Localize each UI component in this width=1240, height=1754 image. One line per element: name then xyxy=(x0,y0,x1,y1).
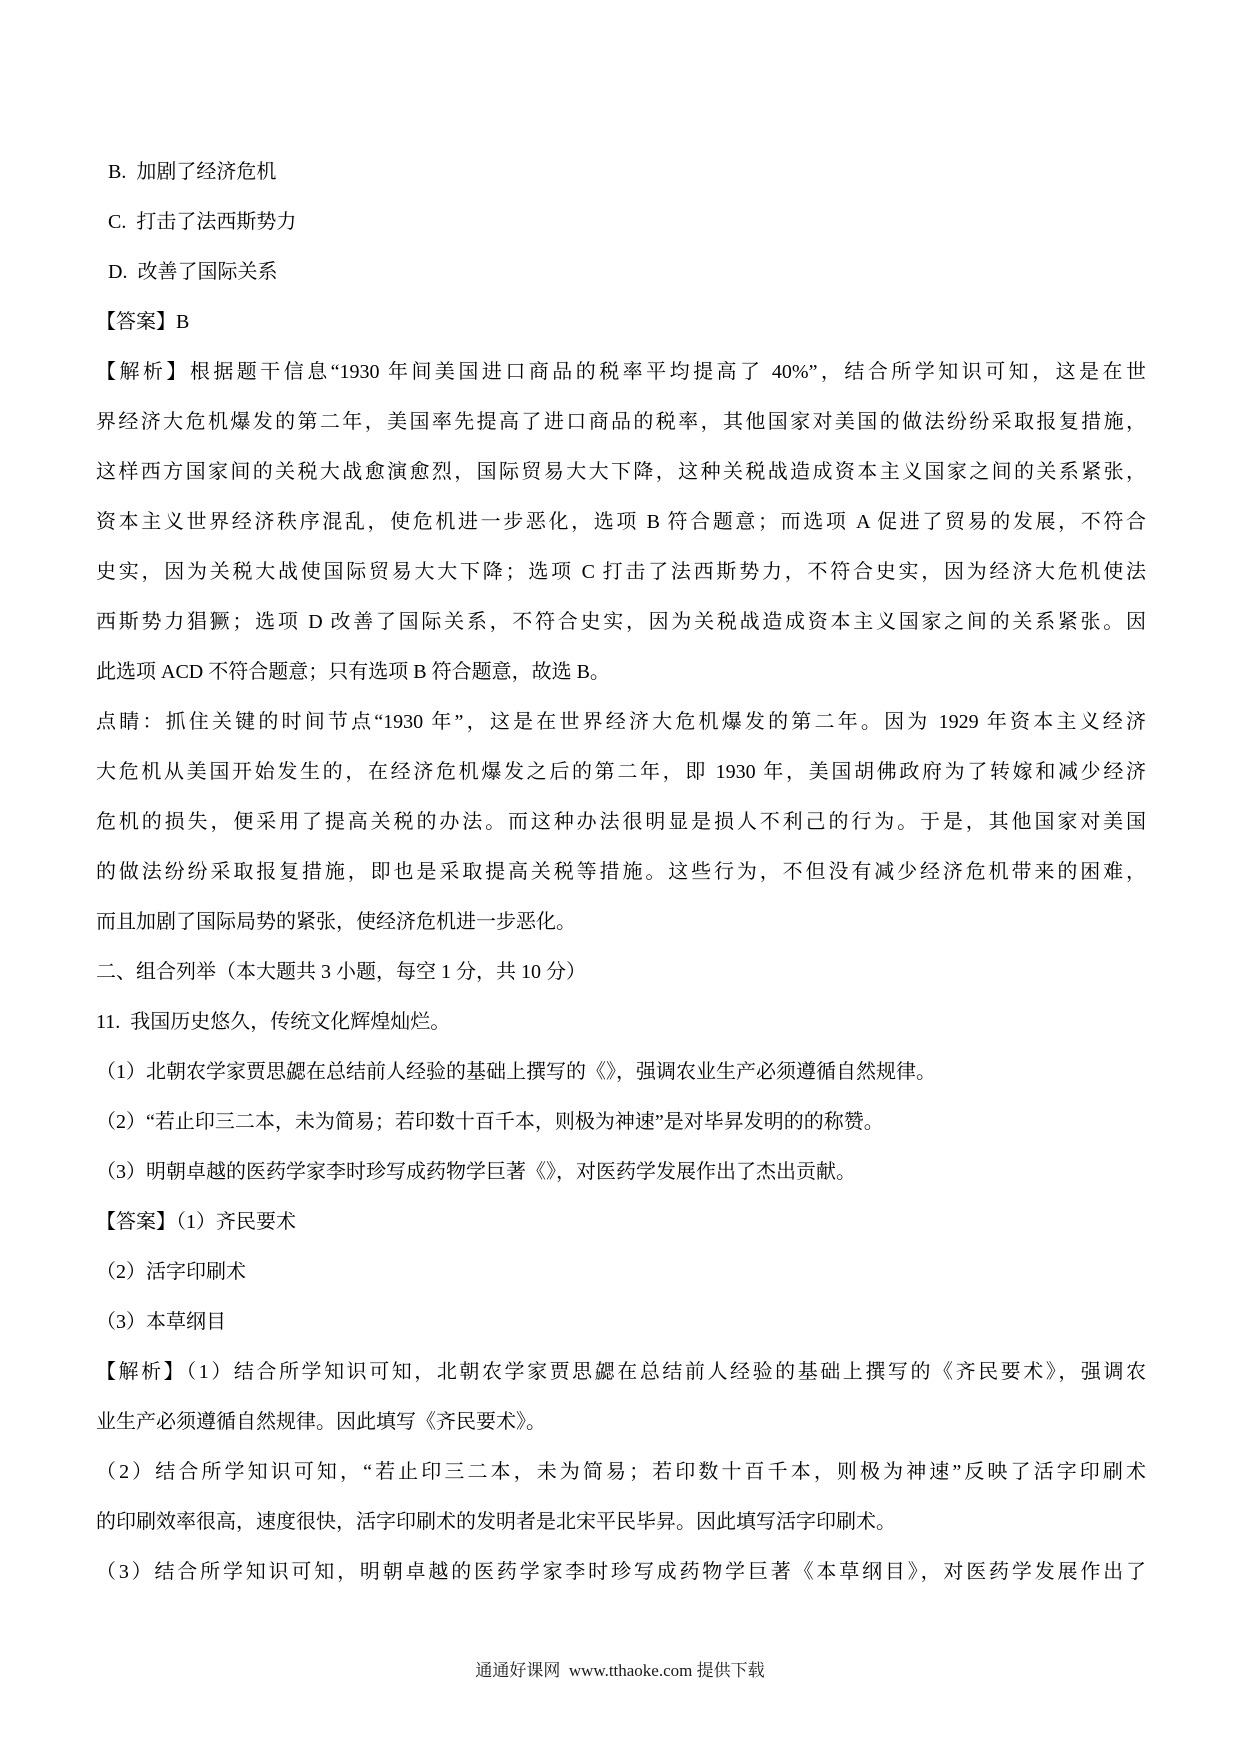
question-11-part-2: （2）“若止印三二本，未为简易；若印数十百千本，则极为神速”是对毕昇发明的的称赞… xyxy=(96,1097,1146,1147)
footer-site-credit: 通通好课网 www.tthaoke.com 提供下载 xyxy=(0,1656,1240,1686)
analysis-q11-part2-line: 的印刷效率很高，速度很快，活字印刷术的发明者是北宋平民毕昇。因此填写活字印刷术。 xyxy=(96,1497,1146,1547)
question-11-part-1: （1）北朝农学家贾思勰在总结前人经验的基础上撰写的《》，强调农业生产必须遵循自然… xyxy=(96,1047,1146,1097)
tip-line: 危机的损失，便采用了提高关税的办法。而这种办法很明显是损人不利己的行为。于是，其… xyxy=(96,797,1146,847)
answer-q10: 【答案】B xyxy=(96,297,1146,347)
section-2-heading: 二、组合列举（本大题共 3 小题，每空 1 分，共 10 分） xyxy=(96,947,1146,997)
tip-line: 而且加剧了国际局势的紧张，使经济危机进一步恶化。 xyxy=(96,897,1146,947)
tip-line: 的做法纷纷采取报复措施，即也是采取提高关税等措施。这些行为，不但没有减少经济危机… xyxy=(96,847,1146,897)
answer-q11-line: （2）活字印刷术 xyxy=(96,1247,1146,1297)
analysis-q10-line: 史实，因为关税大战使国际贸易大大下降；选项 C 打击了法西斯势力，不符合史实，因… xyxy=(96,547,1146,597)
answer-sheet-content: B. 加剧了经济危机 C. 打击了法西斯势力 D. 改善了国际关系 【答案】B … xyxy=(96,147,1146,1597)
tip-line: 大危机从美国开始发生的，在经济危机爆发之后的第二年，即 1930 年，美国胡佛政… xyxy=(96,747,1146,797)
analysis-q11-part3-line: （3）结合所学知识可知，明朝卓越的医药学家李时珍写成药物学巨著《本草纲目》，对医… xyxy=(96,1547,1146,1597)
analysis-q11-part1-line: 业生产必须遵循自然规律。因此填写《齐民要术》。 xyxy=(96,1397,1146,1447)
analysis-q10-line: 西斯势力猖獗；选项 D 改善了国际关系，不符合史实，因为关税战造成资本主义国家之… xyxy=(96,597,1146,647)
option-d: D. 改善了国际关系 xyxy=(96,247,1146,297)
question-11-part-3: （3）明朝卓越的医药学家李时珍写成药物学巨著《》，对医药学发展作出了杰出贡献。 xyxy=(96,1147,1146,1197)
analysis-q10-line: 资本主义世界经济秩序混乱，使危机进一步恶化，选项 B 符合题意；而选项 A 促进… xyxy=(96,497,1146,547)
answer-q11-line: （3）本草纲目 xyxy=(96,1297,1146,1347)
analysis-q11-part1-line: 【解析】（1）结合所学知识可知，北朝农学家贾思勰在总结前人经验的基础上撰写的《齐… xyxy=(96,1347,1146,1397)
tip-line: 点睛：抓住关键的时间节点“1930 年”，这是在世界经济大危机爆发的第二年。因为… xyxy=(96,697,1146,747)
analysis-q10-line: 【解析】根据题干信息“1930 年间美国进口商品的税率平均提高了 40%”，结合… xyxy=(96,347,1146,397)
option-c: C. 打击了法西斯势力 xyxy=(96,197,1146,247)
analysis-q10-line: 这样西方国家间的关税大战愈演愈烈，国际贸易大大下降，这种关税战造成资本主义国家之… xyxy=(96,447,1146,497)
analysis-q11-part2-line: （2）结合所学知识可知，“若止印三二本，未为简易；若印数十百千本，则极为神速”反… xyxy=(96,1447,1146,1497)
document-page: B. 加剧了经济危机 C. 打击了法西斯势力 D. 改善了国际关系 【答案】B … xyxy=(0,0,1240,1754)
answer-q11-line: 【答案】（1）齐民要术 xyxy=(96,1197,1146,1247)
question-11-stem: 11. 我国历史悠久，传统文化辉煌灿烂。 xyxy=(96,997,1146,1047)
analysis-q10-line: 此选项 ACD 不符合题意；只有选项 B 符合题意，故选 B。 xyxy=(96,647,1146,697)
option-b: B. 加剧了经济危机 xyxy=(96,147,1146,197)
analysis-q10-line: 界经济大危机爆发的第二年，美国率先提高了进口商品的税率，其他国家对美国的做法纷纷… xyxy=(96,397,1146,447)
